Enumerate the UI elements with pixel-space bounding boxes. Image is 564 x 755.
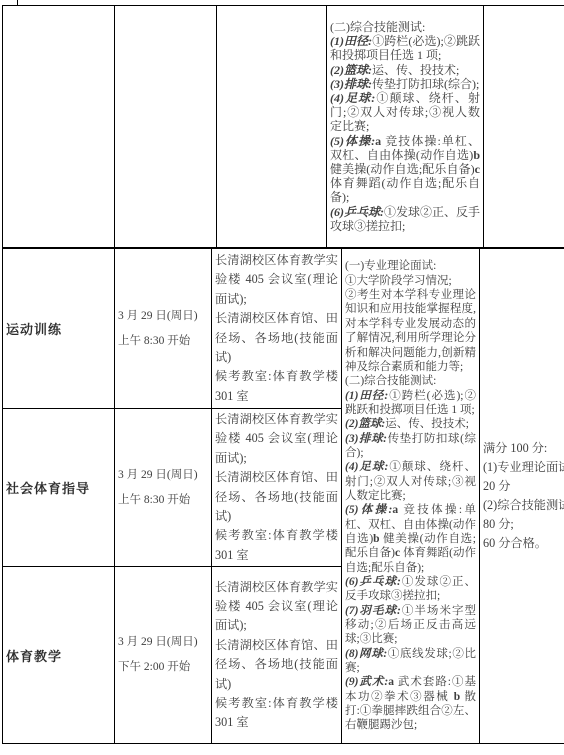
test-item-label: a <box>392 504 403 516</box>
exam-datetime: 3 月 29 日(周日) 下午 2:00 开始 <box>115 567 212 744</box>
exam-location: 长清湖校区体育教学实验楼 405 会议室(理论面试);长清湖校区体育馆、田径场、… <box>212 249 342 409</box>
test-item-label: c <box>395 547 403 559</box>
test-item-text: ①大学阶段学习情况; <box>345 275 452 287</box>
test-item-label: (9)武术: <box>345 676 388 688</box>
test-item: (3)排球:传垫打防扣球(综合); <box>330 77 480 91</box>
test-item-label: a <box>388 676 398 688</box>
test-item: (1)田径:①跨栏(必选);②跳跃和投掷项目任选 1 项; <box>345 389 476 418</box>
test-item: (6)乒乓球:①发球②正、反手攻球③搓拉扣; <box>330 205 480 233</box>
test-item: (7)羽毛球:①半场米字型移动;②后场正反击高远球;③比赛; <box>345 604 476 647</box>
test-item-text: ②考生对本学科专业理论知识和应用技能掌握程度,对本学科专业发展动态的了解情况,利… <box>345 289 476 373</box>
text-line: 长清湖校区体育教学实验楼 405 会议室(理论面试); <box>215 251 338 309</box>
test-item: (8)网球:①底线发球;②比赛; <box>345 647 476 676</box>
exam-date: 3 月 29 日(周日) <box>118 304 208 329</box>
test-item: (1)田径:①跨栏(必选);②跳跃和投掷项目任选 1 项; <box>330 34 480 62</box>
test-item-label: (3)排球: <box>345 433 387 445</box>
test-item-label: a <box>375 134 385 148</box>
test-item-label: c <box>475 162 480 176</box>
test-item-label: (6)乒乓球: <box>345 576 401 588</box>
test-item-label: (3)排球: <box>330 77 372 91</box>
text-line: (2)综合技能测试: <box>483 496 564 515</box>
test-item-label: b <box>473 148 480 162</box>
test-item: ②考生对本学科专业理论知识和应用技能掌握程度,对本学科专业发展动态的了解情况,利… <box>345 288 476 374</box>
test-item: (5)体操:a 竞技体操:单杠、双杠、自由体操(动作自选)b 健美操(动作自选;… <box>330 134 480 205</box>
test-item-label: (4)足球: <box>330 91 375 105</box>
test-item: (4)足球:①颠球、绕杆、射门;②双人对传球;③视人数定比赛; <box>330 91 480 134</box>
text-line: 长清湖校区体育馆、田径场、各场地(技能面试) <box>215 468 338 526</box>
table-row: 运动训练 3 月 29 日(周日) 上午 8:30 开始 长清湖校区体育教学实验… <box>3 249 564 409</box>
section-heading: (二)综合技能测试: <box>330 20 480 34</box>
test-item-text: 健美操(动作自选;配乐自备) <box>330 162 475 176</box>
exam-datetime: 3 月 29 日(周日) 上午 8:30 开始 <box>115 409 212 567</box>
text-line: 候考教室:体育教学楼 301 室 <box>215 367 338 406</box>
test-item-label: b <box>454 691 465 703</box>
text-line: 长清湖校区体育教学实验楼 405 会议室(理论面试); <box>215 578 338 636</box>
test-item: ①大学阶段学习情况; <box>345 274 476 288</box>
test-item-label: (4)足球: <box>345 461 388 473</box>
test-item: (9)武术:a 武术套路:①基本功②拳术③器械 b 散打:①拳腿摔跌组合②左、右… <box>345 675 476 732</box>
program-name: 社会体育指导 <box>3 409 115 567</box>
test-item: (3)排球:传垫打防扣球(综合); <box>345 432 476 461</box>
section-heading: (二)综合技能测试: <box>345 374 476 388</box>
exam-time: 上午 8:30 开始 <box>118 488 208 513</box>
test-item: (4)足球:①颠球、绕杆、射门;②双人对传球;③视人数定比赛; <box>345 460 476 503</box>
exam-date: 3 月 29 日(周日) <box>118 630 208 655</box>
exam-location: 长清湖校区体育教学实验楼 405 会议室(理论面试);长清湖校区体育馆、田径场、… <box>212 409 342 567</box>
test-item-label: (2)篮球: <box>330 63 372 77</box>
text-line: 60 分合格。 <box>483 534 564 553</box>
exam-date: 3 月 29 日(周日) <box>118 463 208 488</box>
test-item-label: b <box>373 533 383 545</box>
exam-location-cell-empty <box>217 6 327 248</box>
exam-time: 下午 2:00 开始 <box>118 655 208 680</box>
scoring-cell-empty <box>484 6 564 248</box>
program-name: 体育教学 <box>3 567 115 744</box>
text-line: 80 分; <box>483 515 564 534</box>
test-item-text: 运、传、投技术; <box>372 63 459 77</box>
section-heading: (一)专业理论面试: <box>345 259 476 273</box>
program-name: 运动训练 <box>3 249 115 409</box>
table-program-rows: 运动训练 3 月 29 日(周日) 上午 8:30 开始 长清湖校区体育教学实验… <box>2 248 564 744</box>
text-line: 长清湖校区体育教学实验楼 405 会议室(理论面试); <box>215 410 338 468</box>
test-item: (2)篮球:运、传、投技术; <box>330 63 480 77</box>
exam-time: 上午 8:30 开始 <box>118 329 208 354</box>
test-item-label: (5)体操: <box>345 504 392 516</box>
test-item-text: 体育舞蹈(动作自选;配乐自备); <box>330 176 480 204</box>
test-item-label: (5)体操: <box>330 134 375 148</box>
exam-content: (一)专业理论面试: ①大学阶段学习情况;②考生对本学科专业理论知识和应用技能掌… <box>342 249 480 744</box>
test-item-text: 传垫打防扣球(综合); <box>372 77 479 91</box>
test-item-label: (7)羽毛球: <box>345 605 401 617</box>
test-item-text: 运、传、投技术; <box>385 418 469 430</box>
table-row: (二)综合技能测试: (1)田径:①跨栏(必选);②跳跃和投掷项目任选 1 项;… <box>3 6 564 248</box>
skill-test-items: (1)田径:①跨栏(必选);②跳跃和投掷项目任选 1 项;(2)篮球:运、传、投… <box>345 389 476 733</box>
test-item: (2)篮球:运、传、投技术; <box>345 417 476 431</box>
text-line: 长清湖校区体育馆、田径场、各场地(技能面试) <box>215 636 338 694</box>
test-item-label: (8)网球: <box>345 648 387 660</box>
text-line: 候考教室:体育教学楼 301 室 <box>215 694 338 733</box>
scoring-info: 满分 100 分:(1)专业理论面试:20 分(2)综合技能测试:80 分;60… <box>480 249 564 744</box>
test-item-label: (1)田径: <box>330 34 372 48</box>
text-line: 20 分 <box>483 477 564 496</box>
test-item-label: (1)田径: <box>345 390 388 402</box>
text-line: 候考教室:体育教学楼 301 室 <box>215 526 338 565</box>
test-item-label: (2)篮球: <box>345 418 385 430</box>
text-line: (1)专业理论面试: <box>483 458 564 477</box>
text-line: 长清湖校区体育馆、田径场、各场地(技能面试) <box>215 309 338 367</box>
exam-datetime: 3 月 29 日(周日) 上午 8:30 开始 <box>115 249 212 409</box>
test-item: (6)乒乓球:①发球②正、反手攻球③搓拉扣; <box>345 575 476 604</box>
table-remnant-border-line <box>17 0 18 6</box>
test-item: (5)体操:a 竞技体操:单杠、双杠、自由体操(动作自选)b 健美操(动作自选;… <box>345 503 476 575</box>
test-item-label: (6)乒乓球: <box>330 205 384 219</box>
exam-content-cell-partial: (二)综合技能测试: (1)田径:①跨栏(必选);②跳跃和投掷项目任选 1 项;… <box>327 6 484 248</box>
table-top-partial-row: (二)综合技能测试: (1)田径:①跨栏(必选);②跳跃和投掷项目任选 1 项;… <box>2 5 564 248</box>
theory-test-items: ①大学阶段学习情况;②考生对本学科专业理论知识和应用技能掌握程度,对本学科专业发… <box>345 274 476 374</box>
exam-datetime-cell-empty <box>115 6 217 248</box>
text-line: 满分 100 分: <box>483 439 564 458</box>
skill-test-items: (1)田径:①跨栏(必选);②跳跃和投掷项目任选 1 项;(2)篮球:运、传、投… <box>330 34 480 233</box>
exam-schedule-document: (二)综合技能测试: (1)田径:①跨栏(必选);②跳跃和投掷项目任选 1 项;… <box>0 0 564 755</box>
exam-location: 长清湖校区体育教学实验楼 405 会议室(理论面试);长清湖校区体育馆、田径场、… <box>212 567 342 744</box>
program-name-cell-empty <box>3 6 115 248</box>
